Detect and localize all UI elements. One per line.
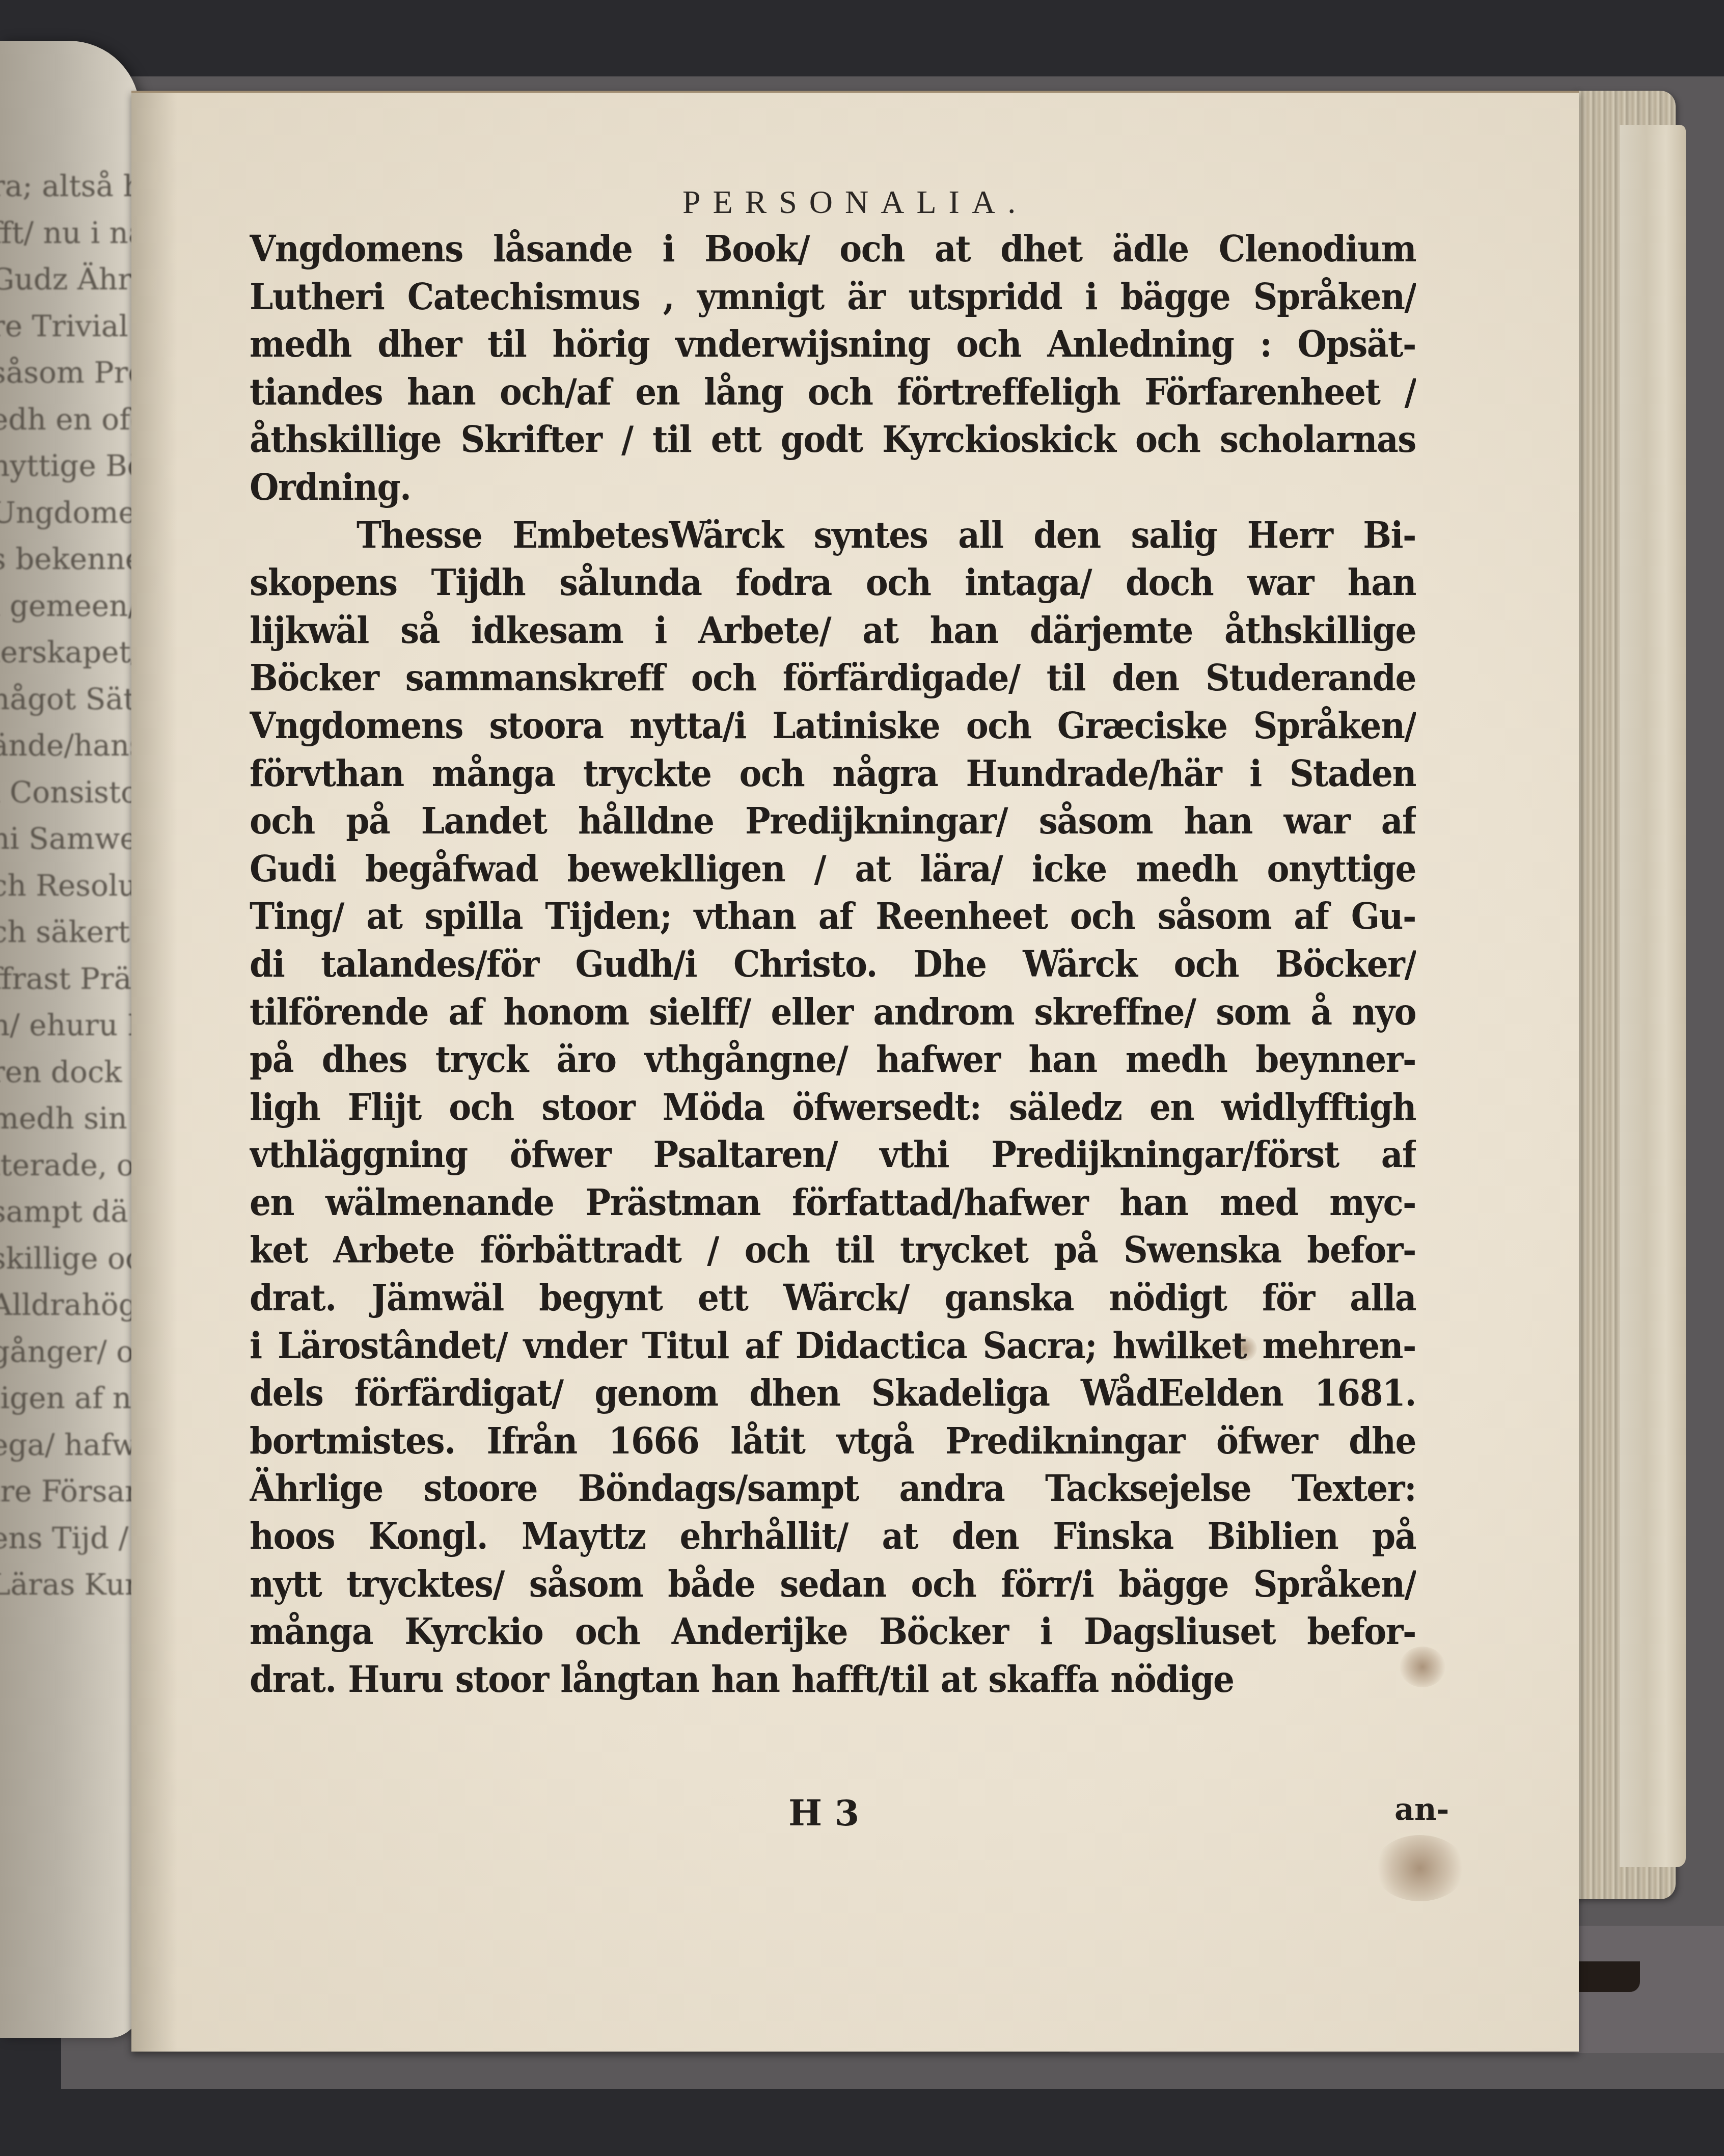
gutter-shadow — [131, 93, 177, 2052]
body-text: Vngdomens låsande i Book/ och at dhet äd… — [250, 225, 1416, 1703]
text-line: medh dher til hörig vnderwijsning och An… — [250, 318, 1416, 370]
left-text-line: ch säkert at determi — [0, 909, 140, 956]
left-text-line: ega/ hafwer Gudh — [0, 1422, 140, 1469]
text-line: hoos Kongl. Mayttz ehrhållit/ at den Fin… — [250, 1511, 1416, 1562]
text-line: Vngdomens stoora nytta/i Latiniske och G… — [250, 700, 1416, 751]
left-text-line: Ungdomen til Gudh — [0, 490, 140, 536]
left-text-line: s bekennelses Grund — [0, 536, 140, 583]
foxing-stain — [1374, 1835, 1466, 1901]
text-line: Ordning. — [250, 462, 1416, 513]
text-line: tilförende af honom sielff/ eller androm… — [250, 986, 1416, 1038]
left-text-line: hi Samwetz Mål — [0, 816, 140, 863]
text-line: Vngdomens låsande i Book/ och at dhet äd… — [250, 223, 1416, 275]
left-text-line: sampt dä åhr — [0, 1189, 140, 1235]
left-text-line: gånger/ och någorstä — [0, 1329, 140, 1376]
left-text-line: n/ ehuru Biskopslä — [0, 1002, 140, 1049]
left-text-line: ffrast Prästemöten/ — [0, 956, 140, 1003]
text-line: skopens Tijdh sålunda fodra och intaga/ … — [250, 557, 1416, 608]
signature-mark: H 3 — [788, 1792, 859, 1834]
text-line: drat. Huru stoor långtan han hafft/til a… — [250, 1654, 1416, 1705]
left-text-line: ch Resolutioner, bey — [0, 863, 140, 909]
catchword: an- — [1394, 1792, 1449, 1827]
text-line: di talandes/för Gudh/i Christo. Dhe Wärc… — [250, 938, 1416, 990]
text-line: åthskillige Skrifter / til ett godt Kyrc… — [250, 414, 1416, 466]
text-line: vthläggning öfwer Psaltaren/ vthi Predij… — [250, 1129, 1416, 1181]
left-text-line: medh sin helses — [0, 1095, 140, 1142]
text-line: många Kyrckio och Anderijke Böcker i Dag… — [250, 1606, 1416, 1657]
text-line: bortmistes. Ifrån 1666 låtit vtgå Predik… — [250, 1415, 1416, 1467]
text-line: lijkwäl så idkesam i Arbete/ at han därj… — [250, 605, 1416, 656]
text-line: ligh Flijt och stoor Möda öfwersedt: säl… — [250, 1082, 1416, 1133]
right-page: PERSONALIA. Vngdomens låsande i Book/ oc… — [131, 91, 1579, 2052]
left-text-line: re Trivial och andre — [0, 303, 140, 350]
text-line: Ting/ at spilla Tijden; vthan af Reenhee… — [250, 891, 1416, 942]
text-line: tiandes han och/af en lång och förtreffe… — [250, 366, 1416, 418]
text-line: drat. Jämwäl begynt ett Wärck/ ganska nö… — [250, 1272, 1416, 1324]
text-line: Ährlige stoore Böndags/sampt andra Tacks… — [250, 1463, 1416, 1515]
left-text-line: Läras Kunskap/ — [0, 1561, 140, 1608]
left-text-line: skillige och afla — [0, 1235, 140, 1282]
left-page: ra; altså hafwefft/ nu i några ochGudz Ä… — [0, 41, 140, 2038]
text-line: och på Landet hålldne Predijkningar/ sås… — [250, 795, 1416, 847]
text-line: ket Arbete förbättradt / och til trycket… — [250, 1225, 1416, 1276]
left-text-line: ens Tijd / hafw — [0, 1515, 140, 1562]
left-text-line: något Sätt Kyrck — [0, 676, 140, 723]
left-text-line: såsom Procancellari- — [0, 349, 140, 396]
text-line: i Lärostândet/ vnder Titul af Didactica … — [250, 1320, 1416, 1371]
left-text-line: i Consistorial Sessi — [0, 769, 140, 816]
text-line: Böcker sammanskreff och förfärdigade/ ti… — [250, 653, 1416, 704]
left-text-line: Gudz Ähra högst- — [0, 256, 140, 303]
left-text-line: iterade, och elli — [0, 1142, 140, 1189]
left-text-line: ligen af någon Bisk — [0, 1375, 140, 1422]
text-line: dels förfärdigat/ genom dhen Skadeliga W… — [250, 1368, 1416, 1419]
text-line: Thesse EmbetesWärck syntes all den salig… — [250, 509, 1416, 561]
left-text-line: nyttige Böcker: ge- — [0, 443, 140, 490]
left-text-line: fft/ nu i några och — [0, 210, 140, 257]
text-line: på dhes tryck äro vthgångne/ hafwer han … — [250, 1034, 1416, 1085]
left-text-line: ren dock så oförm — [0, 1049, 140, 1096]
left-text-line: ierskapet/ eller ge- — [0, 629, 140, 676]
left-text-line: Alldrahögstes — [0, 1282, 140, 1329]
text-line: Gudi begåfwad beweklligen / at lära/ ick… — [250, 843, 1416, 895]
left-text-line: i gemeen/ eller hwa — [0, 583, 140, 630]
left-page-text: ra; altså hafwefft/ nu i några ochGudz Ä… — [0, 163, 140, 1608]
left-text-line: ra; altså hafwe — [0, 163, 140, 210]
text-line: en wälmenande Prästman författad/hafwer … — [250, 1177, 1416, 1228]
text-block-edges — [1620, 125, 1686, 1867]
left-text-line: ire Församling h — [0, 1468, 140, 1515]
text-line: förvthan många tryckte och några Hundrad… — [250, 748, 1416, 799]
left-text-line: ände/hans Högw. — [0, 722, 140, 769]
left-text-line: edh en oförlijkeligh — [0, 396, 140, 443]
text-line: nytt trycktes/ såsom både sedan och förr… — [250, 1558, 1416, 1610]
text-line: Lutheri Catechismus , ymnigt är utspridd… — [250, 271, 1416, 322]
running-head: PERSONALIA. — [131, 183, 1579, 221]
